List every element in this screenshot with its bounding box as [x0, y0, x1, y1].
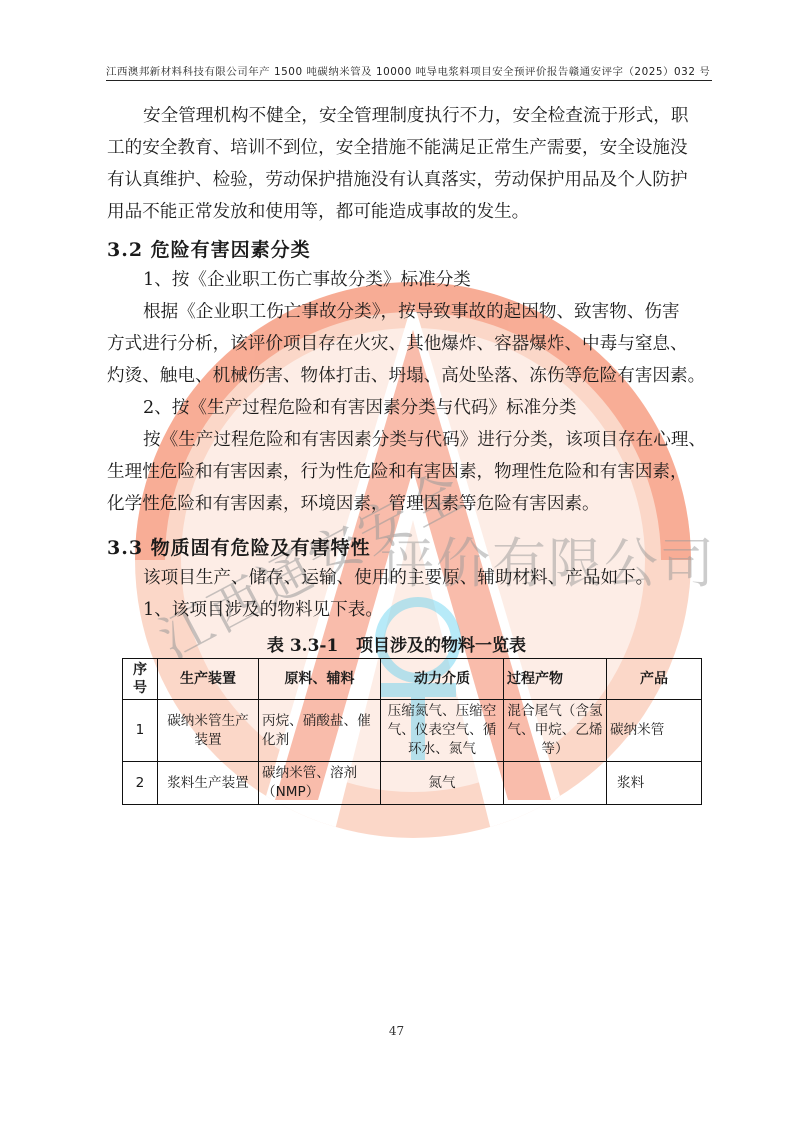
document-page: 江西通安安全 评价有限公司 江西澳邦新材料科技有限公司年产 1500 吨碳纳米管… [0, 0, 793, 1122]
running-header: 江西澳邦新材料科技有限公司年产 1500 吨碳纳米管及 10000 吨导电浆料项… [106, 66, 712, 81]
column-header-no: 序号 [123, 659, 158, 700]
column-header-raw: 原料、辅料 [259, 659, 381, 700]
text-line: 生理性危险和有害因素，行为性危险和有害因素，物理性危险和有害因素， [107, 456, 703, 488]
table-row: 2 浆料生产装置 碳纳米管、溶剂（NMP） 氮气 浆料 [123, 762, 702, 805]
text-line: 方式进行分析，该评价项目存在火灾、其他爆炸、容器爆炸、中毒与窒息、 [107, 328, 703, 360]
table-caption: 表 3.3-1 项目涉及的物料一览表 [0, 634, 793, 658]
text-line: 工的安全教育、培训不到位，安全措施不能满足正常生产需要，安全设施没 [107, 132, 703, 164]
cell-no: 1 [123, 700, 158, 762]
table-row: 1 碳纳米管生产装置 丙烷、硝酸盐、催化剂 压缩氮气、压缩空气、仪表空气、循环水… [123, 700, 702, 762]
cell-product: 碳纳米管 [607, 700, 702, 762]
text-line: 有认真维护、检验，劳动保护措施没有认真落实，劳动保护用品及个人防护 [107, 164, 703, 196]
cell-product: 浆料 [607, 762, 702, 805]
cell-intermediate: 混合尾气（含氢气、甲烷、乙烯等） [504, 700, 607, 762]
text-line: 用品不能正常发放和使用等，都可能造成事故的发生。 [107, 196, 703, 228]
column-header-product: 产品 [607, 659, 702, 700]
text-line: 安全管理机构不健全，安全管理制度执行不力，安全检查流于形式，职 [107, 100, 703, 132]
section-3-3-body: 该项目生产、储存、运输、使用的主要原、辅助材料、产品如下。 1、该项目涉及的物料… [107, 562, 703, 626]
text-line: 根据《企业职工伤亡事故分类》，按导致事故的起因物、致害物、伤害 [107, 296, 703, 328]
cell-no: 2 [123, 762, 158, 805]
column-header-intermediate: 过程产物 [504, 659, 607, 700]
text-line: 化学性危险和有害因素，环境因素，管理因素等危险有害因素。 [107, 488, 703, 520]
section-heading-3-3: 3.3 物质固有危险及有害特性 [107, 535, 371, 561]
intro-paragraph: 安全管理机构不健全，安全管理制度执行不力，安全检查流于形式，职 工的安全教育、培… [107, 100, 703, 228]
table-header-row: 序号 生产装置 原料、辅料 动力介质 过程产物 产品 [123, 659, 702, 700]
section-heading-3-2: 3.2 危险有害因素分类 [107, 237, 311, 263]
materials-table: 序号 生产装置 原料、辅料 动力介质 过程产物 产品 1 碳纳米管生产装置 丙烷… [122, 658, 702, 805]
list-item-title: 1、按《企业职工伤亡事故分类》标准分类 [107, 264, 703, 296]
cell-unit: 碳纳米管生产装置 [158, 700, 259, 762]
cell-intermediate [504, 762, 607, 805]
list-item-title: 1、该项目涉及的物料见下表。 [107, 594, 703, 626]
text-line: 按《生产过程危险和有害因素分类与代码》进行分类，该项目存在心理、 [107, 424, 703, 456]
cell-raw: 碳纳米管、溶剂（NMP） [259, 762, 381, 805]
column-header-utility: 动力介质 [381, 659, 504, 700]
cell-utility: 氮气 [381, 762, 504, 805]
text-line: 灼烫、触电、机械伤害、物体打击、坍塌、高处坠落、冻伤等危险有害因素。 [107, 360, 703, 392]
text-line: 该项目生产、储存、运输、使用的主要原、辅助材料、产品如下。 [107, 562, 703, 594]
column-header-unit: 生产装置 [158, 659, 259, 700]
section-3-2-body: 1、按《企业职工伤亡事故分类》标准分类 根据《企业职工伤亡事故分类》，按导致事故… [107, 264, 703, 520]
cell-unit: 浆料生产装置 [158, 762, 259, 805]
page-number: 47 [0, 1024, 793, 1038]
cell-utility: 压缩氮气、压缩空气、仪表空气、循环水、氮气 [381, 700, 504, 762]
cell-raw: 丙烷、硝酸盐、催化剂 [259, 700, 381, 762]
list-item-title: 2、按《生产过程危险和有害因素分类与代码》标准分类 [107, 392, 703, 424]
